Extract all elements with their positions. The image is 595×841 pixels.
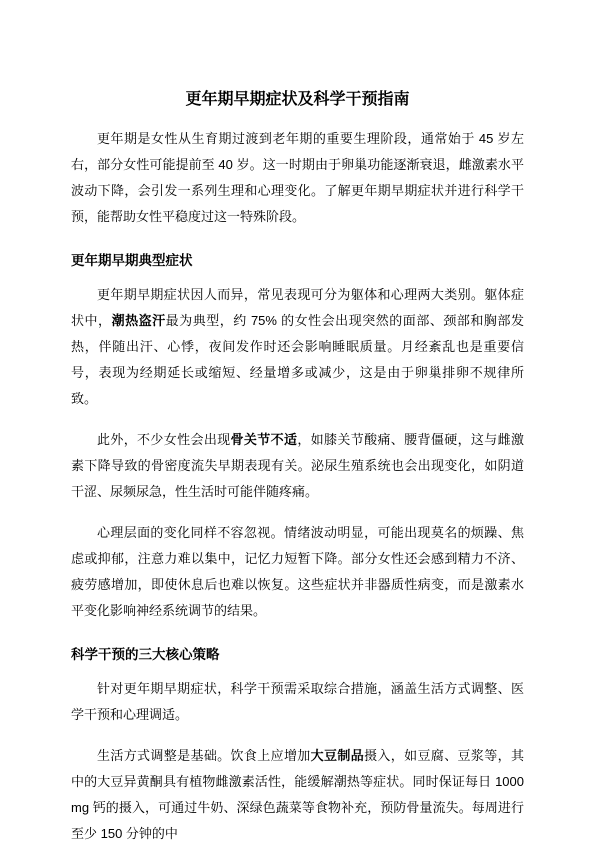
paragraph-text: 生活方式调整是基础。饮食上应增加 <box>97 748 311 763</box>
paragraph-text: 此外，不少女性会出现 <box>97 432 231 447</box>
paragraph-text: 针对更年期早期症状，科学干预需采取综合措施，涵盖生活方式调整、医学干预和心理调适… <box>71 681 524 722</box>
paragraph-lifestyle-adjustment: 生活方式调整是基础。饮食上应增加大豆制品摄入，如豆腐、豆浆等，其中的大豆异黄酮具… <box>71 743 524 841</box>
bold-term-soy-products: 大豆制品 <box>311 748 364 763</box>
bold-term-hot-flashes: 潮热盗汗 <box>112 313 166 328</box>
section-heading-intervention-strategies: 科学干预的三大核心策略 <box>71 646 524 663</box>
intro-paragraph: 更年期是女性从生育期过渡到老年期的重要生理阶段，通常始于 45 岁左右，部分女性… <box>71 126 524 230</box>
section-heading-typical-symptoms: 更年期早期典型症状 <box>71 252 524 269</box>
paragraph-physical-symptoms: 更年期早期症状因人而异，常见表现可分为躯体和心理两大类别。躯体症状中，潮热盗汗最… <box>71 282 524 412</box>
document-title: 更年期早期症状及科学干预指南 <box>71 90 524 109</box>
paragraph-intervention-overview: 针对更年期早期症状，科学干预需采取综合措施，涵盖生活方式调整、医学干预和心理调适… <box>71 676 524 728</box>
bold-term-joint-discomfort: 骨关节不适 <box>231 432 298 447</box>
document-page: 更年期早期症状及科学干预指南 更年期是女性从生育期过渡到老年期的重要生理阶段，通… <box>0 0 595 841</box>
paragraph-joint-symptoms: 此外，不少女性会出现骨关节不适，如膝关节酸痛、腰背僵硬，这与雌激素下降导致的骨密… <box>71 427 524 505</box>
paragraph-text: 心理层面的变化同样不容忽视。情绪波动明显，可能出现莫名的烦躁、焦虑或抑郁，注意力… <box>71 525 524 618</box>
paragraph-psychological-symptoms: 心理层面的变化同样不容忽视。情绪波动明显，可能出现莫名的烦躁、焦虑或抑郁，注意力… <box>71 520 524 624</box>
paragraph-text: 更年期是女性从生育期过渡到老年期的重要生理阶段，通常始于 45 岁左右，部分女性… <box>71 131 524 224</box>
